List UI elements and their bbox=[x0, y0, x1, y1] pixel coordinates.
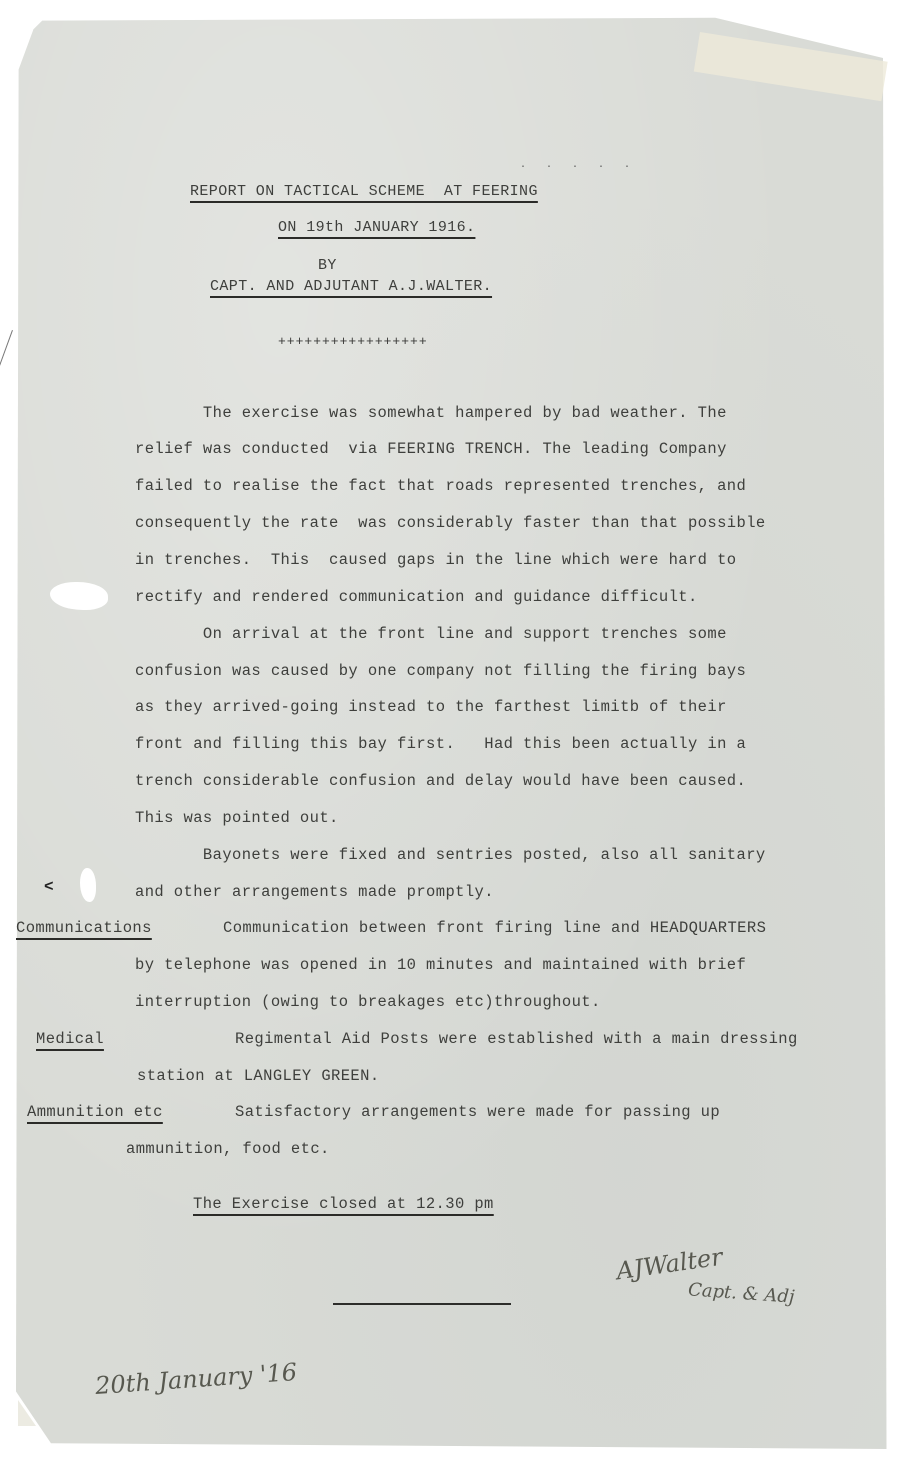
communications-line: by telephone was opened in 10 minutes an… bbox=[135, 958, 746, 974]
horizontal-rule bbox=[333, 1303, 511, 1305]
paragraph-3-line: Bayonets were fixed and sentries posted,… bbox=[135, 848, 766, 864]
medical-line: station at LANGLEY GREEN. bbox=[137, 1069, 380, 1085]
closing-statement: The Exercise closed at 12.30 pm bbox=[193, 1197, 494, 1213]
paragraph-3-line: and other arrangements made promptly. bbox=[135, 885, 494, 901]
ammunition-line: Satisfactory arrangements were made for … bbox=[235, 1105, 720, 1121]
report-author: CAPT. AND ADJUTANT A.J.WALTER. bbox=[210, 279, 492, 294]
folded-corner bbox=[18, 1400, 36, 1426]
separator-line: +++++++++++++++++ bbox=[278, 334, 428, 349]
paragraph-1-line: failed to realise the fact that roads re… bbox=[135, 479, 746, 495]
section-label-medical: Medical bbox=[36, 1032, 104, 1048]
margin-mark: < bbox=[44, 878, 54, 896]
paragraph-2-line: trench considerable confusion and delay … bbox=[135, 774, 746, 790]
report-date: ON 19th JANUARY 1916. bbox=[278, 220, 475, 235]
paragraph-2-line: confusion was caused by one company not … bbox=[135, 664, 746, 680]
paragraph-1-line: relief was conducted via FEERING TRENCH.… bbox=[135, 442, 727, 458]
pencil-margin-line bbox=[0, 330, 13, 678]
paragraph-2-line: as they arrived-going instead to the far… bbox=[135, 700, 727, 716]
paragraph-1-line: consequently the rate was considerably f… bbox=[135, 516, 766, 532]
top-dots: . . . . . bbox=[520, 160, 637, 171]
paragraph-2-line: This was pointed out. bbox=[135, 811, 339, 827]
paragraph-1-line: The exercise was somewhat hampered by ba… bbox=[135, 406, 727, 422]
medical-line: Regimental Aid Posts were established wi… bbox=[235, 1032, 798, 1048]
paper-tear-hole bbox=[80, 868, 96, 902]
ammunition-line: ammunition, food etc. bbox=[126, 1142, 330, 1158]
paragraph-1-line: rectify and rendered communication and g… bbox=[135, 590, 698, 606]
communications-line: Communication between front firing line … bbox=[223, 921, 766, 937]
section-label-communications: Communications bbox=[16, 921, 152, 937]
communications-line: interruption (owing to breakages etc)thr… bbox=[135, 995, 601, 1011]
by-label: BY bbox=[318, 258, 337, 273]
paragraph-1-line: in trenches. This caused gaps in the lin… bbox=[135, 553, 737, 569]
paragraph-2-line: On arrival at the front line and support… bbox=[135, 627, 727, 643]
paragraph-2-line: front and filling this bay first. Had th… bbox=[135, 737, 746, 753]
report-title: REPORT ON TACTICAL SCHEME AT FEERING bbox=[190, 184, 538, 199]
section-label-ammunition: Ammunition etc bbox=[27, 1105, 163, 1121]
